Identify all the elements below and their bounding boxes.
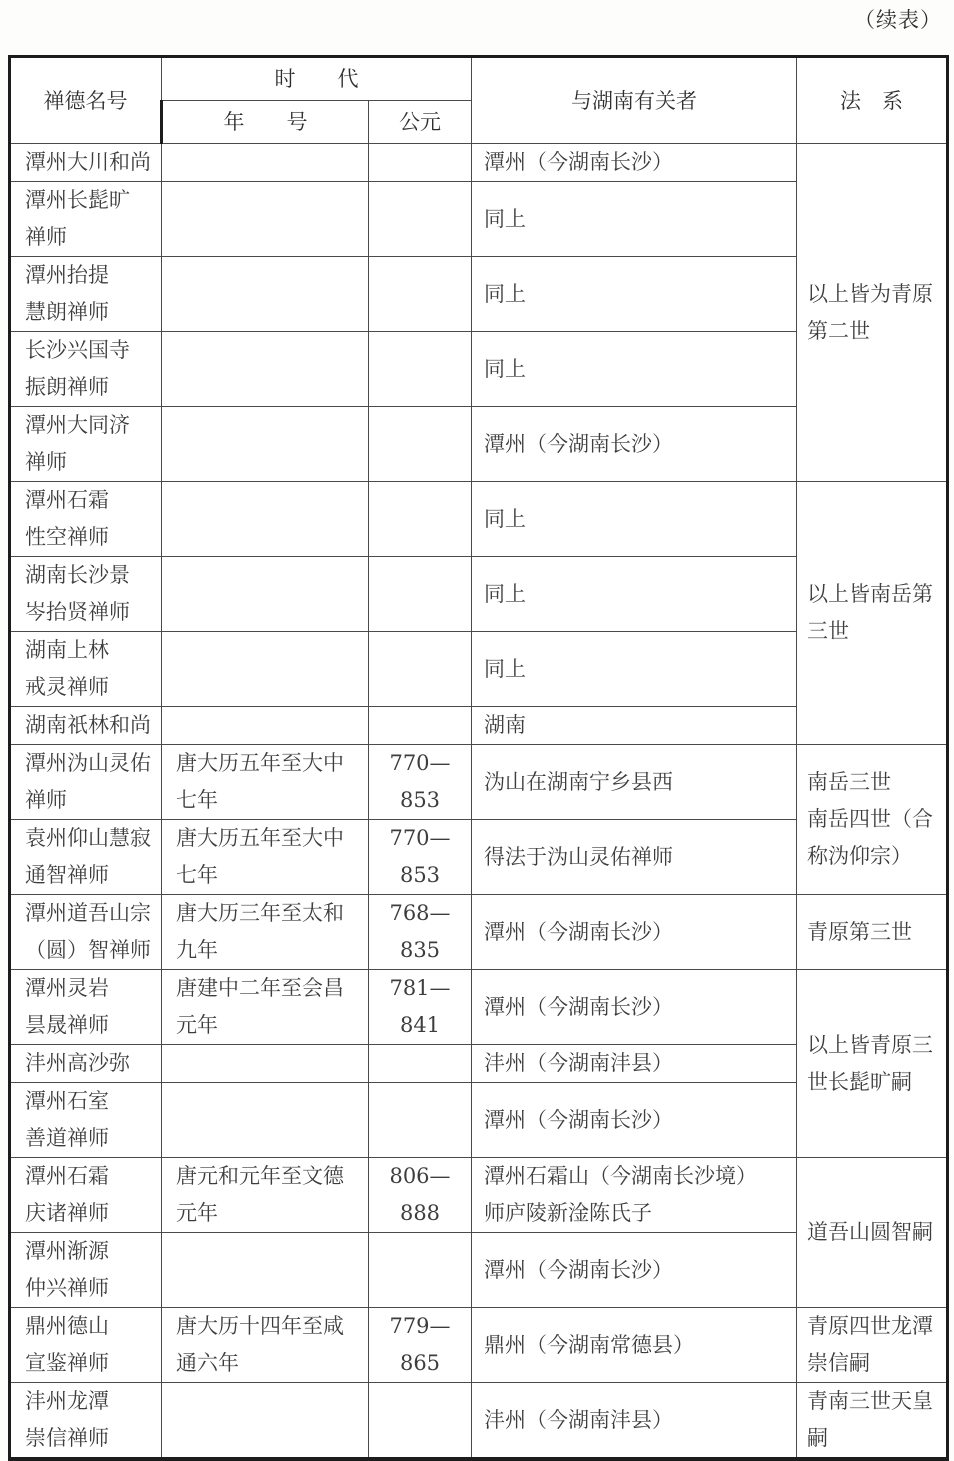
era-ce-cell: 781—841 <box>369 970 472 1045</box>
hunan-relation-cell: 得法于沩山灵佑禅师 <box>472 820 797 895</box>
era-ce-cell: 779—865 <box>369 1308 472 1383</box>
monk-name-cell: 潭州道吾山宗 （圆）智禅师 <box>10 895 162 970</box>
era-ce-cell <box>369 632 472 707</box>
monk-name-cell: 潭州石霜 庆诸禅师 <box>10 1158 162 1233</box>
era-name-cell: 唐大历十四年至咸 通六年 <box>162 1308 369 1383</box>
zen-masters-table: 禅德名号 时 代 与湖南有关者 法 系 年 号 公元 潭州大川和尚 潭州（今湖南… <box>8 55 949 1461</box>
era-name-cell: 唐建中二年至会昌 元年 <box>162 970 369 1045</box>
era-ce-cell <box>369 182 472 257</box>
era-ce-cell <box>369 1233 472 1308</box>
era-name-cell: 唐大历三年至太和 九年 <box>162 895 369 970</box>
hunan-relation-cell: 同上 <box>472 482 797 557</box>
lineage-cell: 以上皆为青原 第二世 <box>797 144 948 482</box>
era-ce-cell <box>369 332 472 407</box>
table-row: 潭州石霜 庆诸禅师 唐元和元年至文德 元年 806—888 潭州石霜山（今湖南长… <box>10 1158 948 1233</box>
hunan-relation-cell: 潭州（今湖南长沙） <box>472 970 797 1045</box>
monk-name-cell: 潭州石霜 性空禅师 <box>10 482 162 557</box>
header-era-ce: 公元 <box>369 101 472 144</box>
era-name-cell <box>162 1083 369 1158</box>
era-ce-cell <box>369 257 472 332</box>
hunan-relation-cell: 鼎州（今湖南常德县） <box>472 1308 797 1383</box>
era-name-cell: 唐元和元年至文德 元年 <box>162 1158 369 1233</box>
monk-name-cell: 湖南上林 戒灵禅师 <box>10 632 162 707</box>
era-ce-cell <box>369 707 472 745</box>
hunan-relation-cell: 同上 <box>472 257 797 332</box>
header-row: 禅德名号 时 代 与湖南有关者 法 系 <box>10 57 948 101</box>
table-row: 潭州石霜 性空禅师 同上 以上皆南岳第 三世 <box>10 482 948 557</box>
monk-name-cell: 袁州仰山慧寂 通智禅师 <box>10 820 162 895</box>
hunan-relation-cell: 潭州（今湖南长沙） <box>472 407 797 482</box>
monk-name-cell: 潭州石室 善道禅师 <box>10 1083 162 1158</box>
monk-name-cell: 沣州龙潭 崇信禅师 <box>10 1383 162 1460</box>
monk-name-cell: 潭州渐源 仲兴禅师 <box>10 1233 162 1308</box>
hunan-relation-cell: 潭州石霜山（今湖南长沙境） 师庐陵新淦陈氏子 <box>472 1158 797 1233</box>
table-row: 潭州沩山灵佑 禅师 唐大历五年至大中 七年 770—853 沩山在湖南宁乡县西 … <box>10 745 948 820</box>
era-name-cell <box>162 557 369 632</box>
monk-name-cell: 潭州大川和尚 <box>10 144 162 182</box>
era-name-cell <box>162 407 369 482</box>
era-ce-cell <box>369 482 472 557</box>
monk-name-cell: 鼎州德山 宣鉴禅师 <box>10 1308 162 1383</box>
era-ce-cell <box>369 407 472 482</box>
header-lineage: 法 系 <box>797 57 948 144</box>
era-ce-cell: 768—835 <box>369 895 472 970</box>
monk-name-cell: 潭州长髭旷 禅师 <box>10 182 162 257</box>
table-row: 潭州灵岩 昙晟禅师 唐建中二年至会昌 元年 781—841 潭州（今湖南长沙） … <box>10 970 948 1045</box>
header-hunan-relation: 与湖南有关者 <box>472 57 797 144</box>
lineage-cell: 以上皆南岳第 三世 <box>797 482 948 745</box>
monk-name-cell: 潭州抬提 慧朗禅师 <box>10 257 162 332</box>
monk-name-cell: 潭州灵岩 昙晟禅师 <box>10 970 162 1045</box>
era-name-cell <box>162 257 369 332</box>
era-ce-cell: 770—853 <box>369 745 472 820</box>
era-name-cell: 唐大历五年至大中 七年 <box>162 820 369 895</box>
hunan-relation-cell: 潭州（今湖南长沙） <box>472 1233 797 1308</box>
hunan-relation-cell: 湖南 <box>472 707 797 745</box>
table-row: 潭州大川和尚 潭州（今湖南长沙） 以上皆为青原 第二世 <box>10 144 948 182</box>
era-name-cell <box>162 632 369 707</box>
monk-name-cell: 沣州高沙弥 <box>10 1045 162 1083</box>
continuation-note: （续表） <box>854 4 942 34</box>
era-name-cell <box>162 332 369 407</box>
hunan-relation-cell: 沣州（今湖南沣县） <box>472 1045 797 1083</box>
lineage-cell: 南岳三世 南岳四世（合 称沩仰宗） <box>797 745 948 895</box>
hunan-relation-cell: 同上 <box>472 332 797 407</box>
era-name-cell <box>162 144 369 182</box>
era-ce-cell: 770—853 <box>369 820 472 895</box>
hunan-relation-cell: 同上 <box>472 182 797 257</box>
hunan-relation-cell: 同上 <box>472 632 797 707</box>
era-name-cell <box>162 1233 369 1308</box>
table-row: 沣州龙潭 崇信禅师 沣州（今湖南沣县） 青南三世天皇 嗣 <box>10 1383 948 1460</box>
header-era-year: 年 号 <box>162 101 369 144</box>
scanned-page: （续表） 禅德名号 时 代 与湖南有关者 法 系 年 号 公元 潭州大川和尚 潭… <box>0 0 954 1429</box>
hunan-relation-cell: 沩山在湖南宁乡县西 <box>472 745 797 820</box>
era-name-cell <box>162 1383 369 1460</box>
monk-name-cell: 潭州沩山灵佑 禅师 <box>10 745 162 820</box>
monk-name-cell: 湖南长沙景 岑抬贤禅师 <box>10 557 162 632</box>
header-era-group: 时 代 <box>162 57 472 101</box>
era-ce-cell <box>369 144 472 182</box>
lineage-cell: 青南三世天皇 嗣 <box>797 1383 948 1460</box>
table-row: 潭州道吾山宗 （圆）智禅师 唐大历三年至太和 九年 768—835 潭州（今湖南… <box>10 895 948 970</box>
monk-name-cell: 湖南祇林和尚 <box>10 707 162 745</box>
era-ce-cell <box>369 1045 472 1083</box>
era-ce-cell <box>369 1083 472 1158</box>
era-name-cell <box>162 707 369 745</box>
era-ce-cell <box>369 557 472 632</box>
lineage-cell: 青原四世龙潭 崇信嗣 <box>797 1308 948 1383</box>
era-name-cell <box>162 482 369 557</box>
lineage-cell: 道吾山圆智嗣 <box>797 1158 948 1308</box>
header-monk-name: 禅德名号 <box>10 57 162 144</box>
hunan-relation-cell: 潭州（今湖南长沙） <box>472 1083 797 1158</box>
hunan-relation-cell: 沣州（今湖南沣县） <box>472 1383 797 1460</box>
era-name-cell: 唐大历五年至大中 七年 <box>162 745 369 820</box>
era-ce-cell <box>369 1383 472 1460</box>
era-ce-cell: 806—888 <box>369 1158 472 1233</box>
era-name-cell <box>162 1045 369 1083</box>
hunan-relation-cell: 潭州（今湖南长沙） <box>472 895 797 970</box>
lineage-cell: 青原第三世 <box>797 895 948 970</box>
lineage-cell: 以上皆青原三 世长髭旷嗣 <box>797 970 948 1158</box>
era-name-cell <box>162 182 369 257</box>
table-row: 鼎州德山 宣鉴禅师 唐大历十四年至咸 通六年 779—865 鼎州（今湖南常德县… <box>10 1308 948 1383</box>
hunan-relation-cell: 潭州（今湖南长沙） <box>472 144 797 182</box>
hunan-relation-cell: 同上 <box>472 557 797 632</box>
monk-name-cell: 潭州大同济 禅师 <box>10 407 162 482</box>
monk-name-cell: 长沙兴国寺 振朗禅师 <box>10 332 162 407</box>
